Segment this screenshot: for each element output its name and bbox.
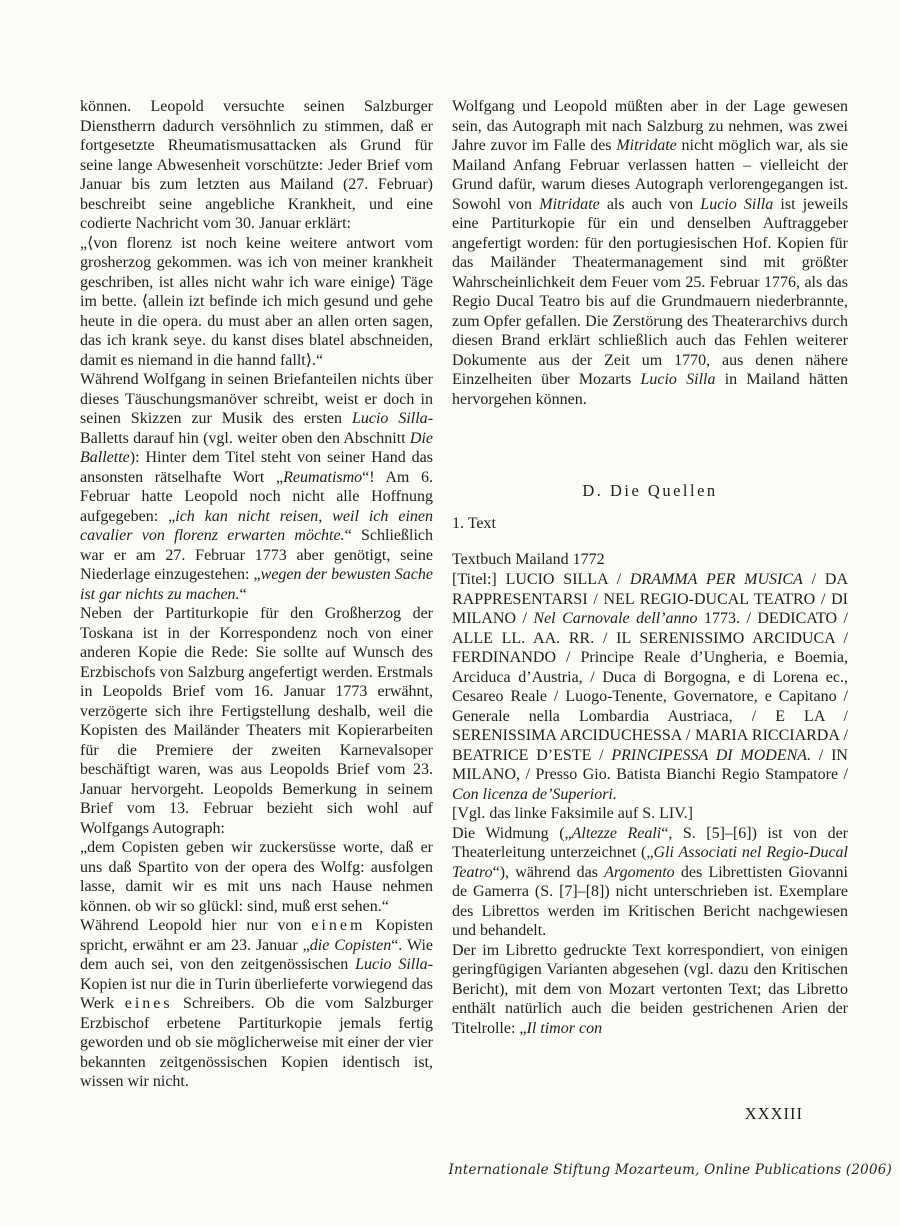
paragraph: Der im Libretto gedruckte Text korrespon… — [452, 941, 848, 1039]
italic-text-run: Mitridate — [616, 137, 676, 154]
italic-text-run: Il timor con — [527, 1020, 603, 1037]
text-run: „dem Copisten geben wir zuckersüsse wort… — [80, 839, 433, 915]
italic-text-run: PRINCIPESSA DI MODENA. — [611, 747, 811, 764]
right-column-lower-text: [Titel:] LUCIO SILLA / DRAMMA PER MUSICA… — [452, 570, 848, 1038]
paragraph: [Vgl. das linke Faksimile auf S. LIV.] — [452, 804, 848, 824]
text-run: „⟨von florenz ist noch keine weitere ant… — [80, 235, 433, 369]
italic-text-run: Nel Carnovale dell’anno — [533, 610, 697, 627]
italic-text-run: Altezze Reali — [572, 825, 662, 842]
italic-text-run: Mitridate — [539, 196, 599, 213]
text-run: ist jeweils eine Partiturkopie für ein u… — [452, 196, 848, 389]
paragraph: „dem Copisten geben wir zuckersüsse wort… — [80, 838, 433, 916]
italic-text-run: Lucio Silla — [640, 371, 715, 388]
right-column: Wolfgang und Leopold müßten aber in der … — [452, 97, 848, 1038]
right-column-upper-text: Wolfgang und Leopold müßten aber in der … — [452, 97, 848, 409]
text-run: “ — [240, 586, 247, 603]
paragraph: Während Wolfgang in seinen Briefanteilen… — [80, 370, 433, 604]
text-run: [Titel:] LUCIO SILLA / — [452, 571, 630, 588]
footer-credit: Internationale Stiftung Mozarteum, Onlin… — [448, 1162, 892, 1178]
paragraph: können. Leopold versuchte seinen Salzbur… — [80, 97, 433, 234]
text-run: Die Widmung („ — [452, 825, 572, 842]
paragraph: [Titel:] LUCIO SILLA / DRAMMA PER MUSICA… — [452, 570, 848, 804]
letterspaced-text-run: eines — [125, 995, 173, 1012]
paragraph: Wolfgang und Leopold müßten aber in der … — [452, 97, 848, 409]
text-run: Während Leopold hier nur von — [80, 917, 311, 934]
letterspaced-text-run: einem — [311, 917, 365, 934]
text-run: 1773. / DEDICATO / ALLE LL. AA. RR. / IL… — [452, 610, 848, 764]
italic-text-run: Argomento — [604, 864, 675, 881]
italic-text-run: Reumatismo — [283, 469, 362, 486]
italic-text-run: Con licenza de’Superiori. — [452, 786, 617, 803]
section-heading: D. Die Quellen — [452, 481, 848, 501]
italic-text-run: DRAMMA PER MUSICA — [630, 571, 803, 588]
book-page: { "page": { "number": "XXXIII", "footer_… — [0, 0, 900, 1226]
page-number: XXXIII — [745, 1104, 803, 1124]
subsection-heading: 1. Text — [452, 514, 848, 534]
paragraph: Die Widmung („Altezze Reali“, S. [5]–[6]… — [452, 824, 848, 941]
left-column: können. Leopold versuchte seinen Salzbur… — [80, 97, 433, 1092]
italic-text-run: Lucio Silla — [355, 956, 428, 973]
text-run: können. Leopold versuchte seinen Salzbur… — [80, 98, 433, 232]
text-run: Neben der Partiturkopie für den Großherz… — [80, 605, 433, 837]
paragraph: Während Leopold hier nur von einem Kopis… — [80, 916, 433, 1092]
paragraph: Neben der Partiturkopie für den Großherz… — [80, 604, 433, 838]
text-run: “), während das — [493, 864, 605, 881]
text-run: als auch von — [600, 196, 701, 213]
italic-text-run: Lucio Silla — [352, 410, 428, 427]
italic-text-run: Lucio Silla — [700, 196, 773, 213]
source-heading: Textbuch Mailand 1772 — [452, 550, 848, 570]
text-run: [Vgl. das linke Faksimile auf S. LIV.] — [452, 805, 693, 822]
text-run: Der im Libretto gedruckte Text korrespon… — [452, 942, 848, 1037]
italic-text-run: die Copisten — [310, 937, 391, 954]
paragraph: „⟨von florenz ist noch keine weitere ant… — [80, 234, 433, 371]
